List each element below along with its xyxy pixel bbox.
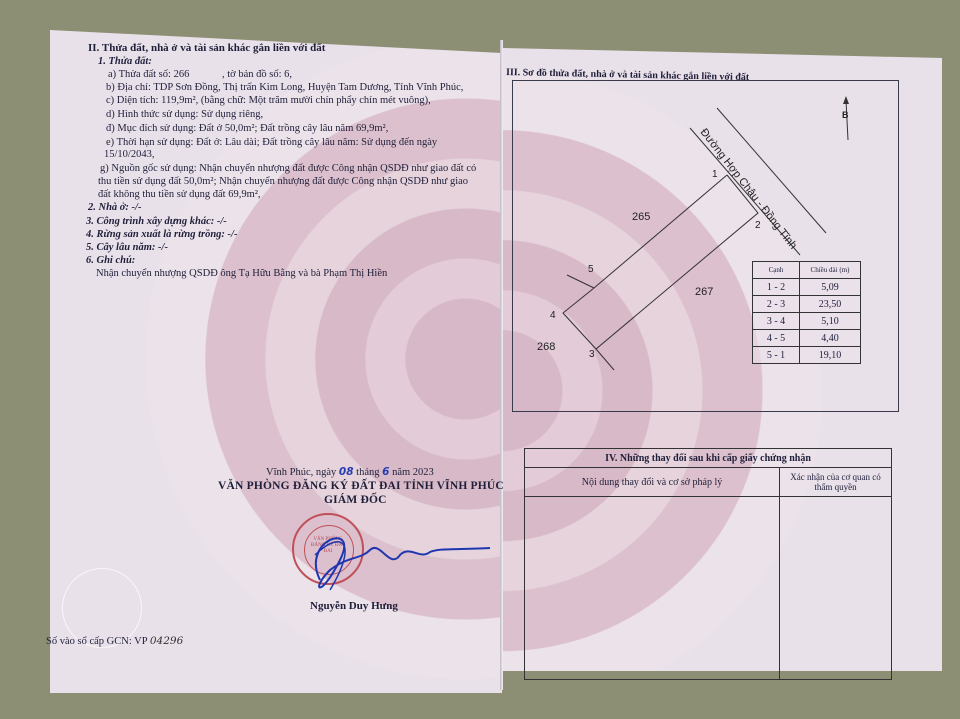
length-cell: 19,10	[800, 347, 861, 364]
point-4: 4	[550, 310, 556, 321]
edge-length-table: CạnhChiều dài (m) 1 - 25,09 2 - 323,50 3…	[752, 261, 861, 364]
point-3: 3	[589, 349, 595, 360]
changes-confirm-cell	[780, 497, 892, 680]
table-row: 2 - 323,50	[753, 296, 861, 313]
point-1: 1	[712, 169, 718, 180]
table-row: 3 - 45,10	[753, 313, 861, 330]
north-arrow-icon	[846, 100, 848, 140]
edge-cell: 4 - 5	[753, 330, 800, 347]
edge-cell: 2 - 3	[753, 296, 800, 313]
parcel-268: 268	[537, 341, 555, 353]
length-cell: 5,10	[800, 313, 861, 330]
changes-table: IV. Những thay đổi sau khi cấp giấy chứn…	[524, 448, 892, 680]
edge-cell: 1 - 2	[753, 279, 800, 296]
road-label: Đường Hợp Châu - Đồng Tĩnh	[698, 126, 799, 251]
changes-confirm-header: Xác nhận của cơ quan có thẩm quyền	[780, 468, 892, 497]
edge-header: Cạnh	[753, 262, 800, 279]
length-header: Chiều dài (m)	[800, 262, 861, 279]
changes-title: IV. Những thay đổi sau khi cấp giấy chứn…	[525, 449, 892, 468]
table-row: 5 - 119,10	[753, 347, 861, 364]
length-cell: 23,50	[800, 296, 861, 313]
edge-cell: 3 - 4	[753, 313, 800, 330]
point-5: 5	[588, 264, 594, 275]
length-cell: 4,40	[800, 330, 861, 347]
table-row: 1 - 25,09	[753, 279, 861, 296]
changes-content-cell	[525, 497, 780, 680]
parcel-265: 265	[632, 211, 650, 223]
north-label: B	[842, 110, 849, 120]
changes-content-header: Nội dung thay đổi và cơ sở pháp lý	[525, 468, 780, 497]
table-row: 4 - 54,40	[753, 330, 861, 347]
edge-cell: 5 - 1	[753, 347, 800, 364]
length-cell: 5,09	[800, 279, 861, 296]
parcel-267: 267	[695, 286, 713, 298]
point-2: 2	[755, 220, 761, 231]
